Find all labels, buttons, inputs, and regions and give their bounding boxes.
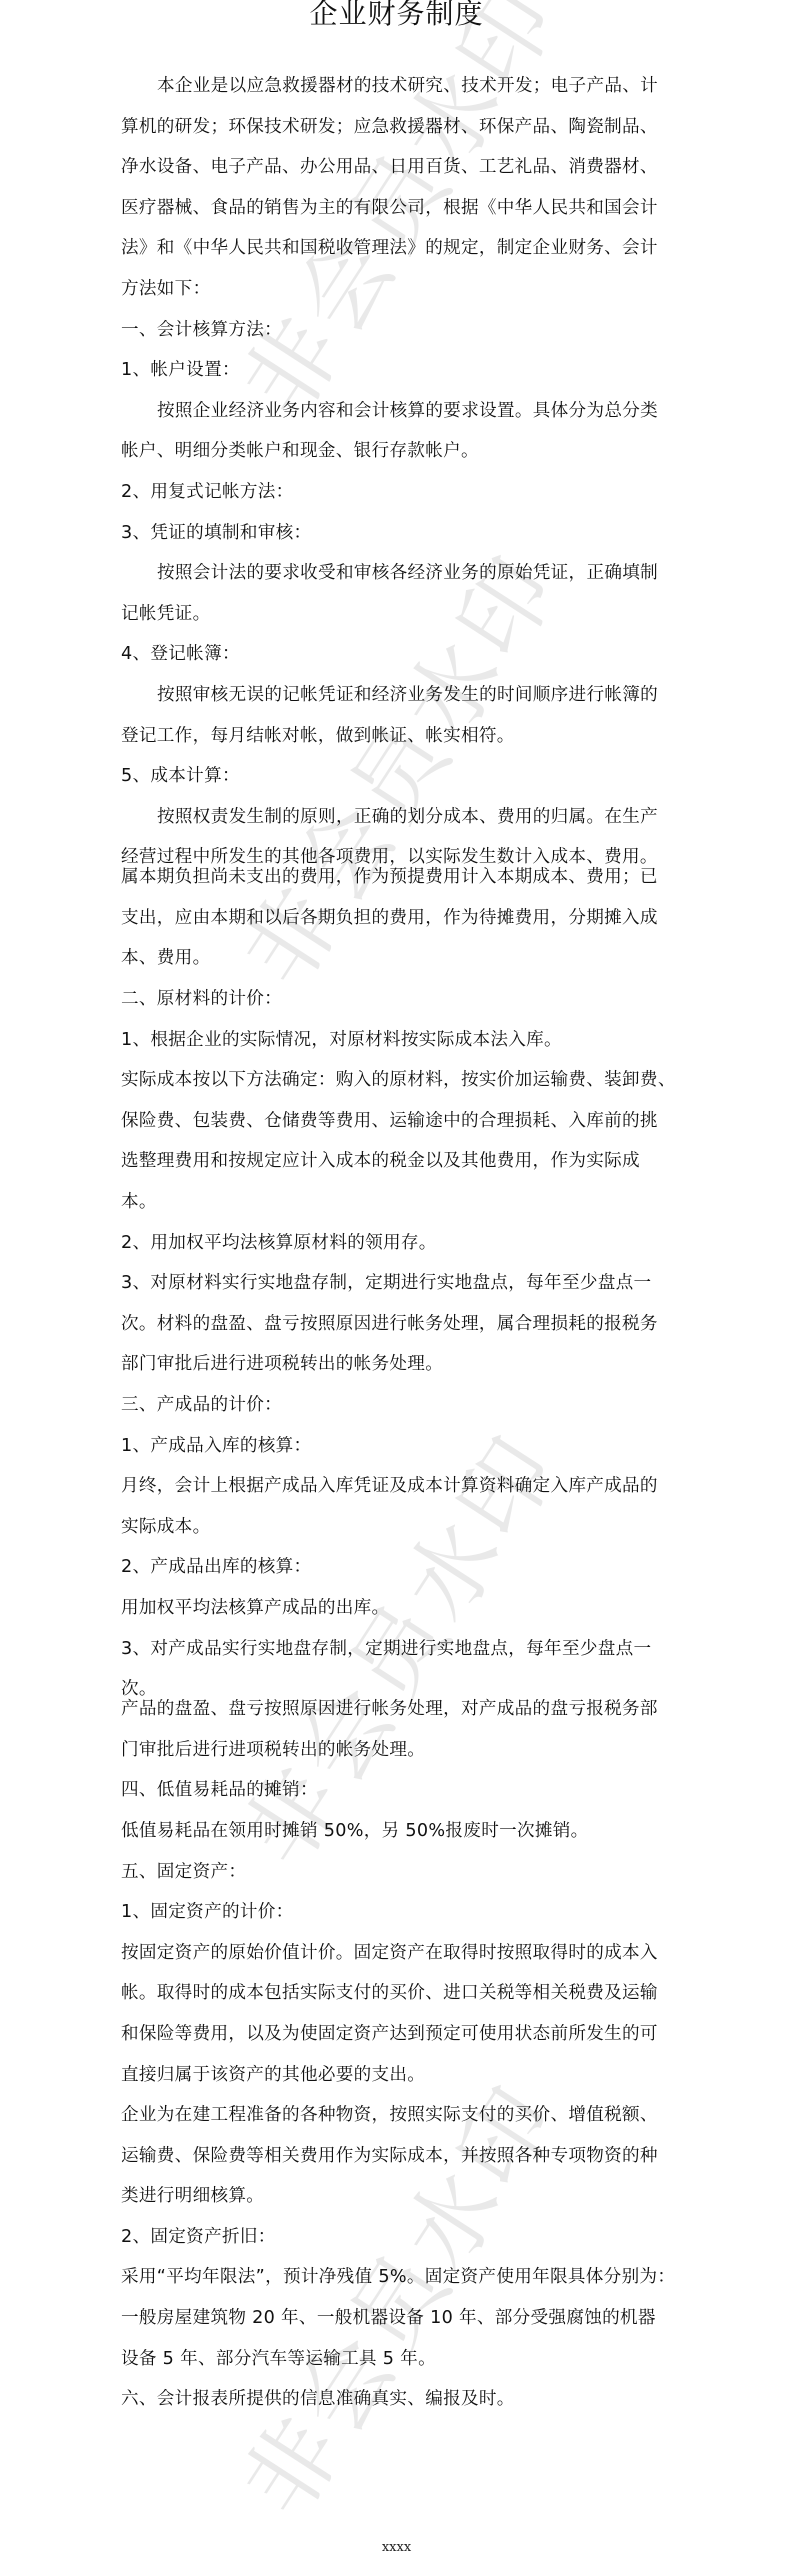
text-line: 选整理费用和按规定应计入成本的税金以及其他费用，作为实际成 (121, 1141, 673, 1182)
text-line: 次。材料的盘盈、盘亏按照原因进行帐务处理，属合理损耗的报税务 (121, 1304, 673, 1345)
text-line: 运输费、保险费等相关费用作为实际成本，并按照各种专项物资的种 (121, 2136, 673, 2177)
text-line: 医疗器械、食品的销售为主的有限公司，根据《中华人民共和国会计 (121, 188, 673, 229)
text-line: 支出，应由本期和以后各期负担的费用，作为待摊费用，分期摊入成 (121, 898, 673, 939)
text-line: 产品的盘盈、盘亏按照原因进行帐务处理，对产成品的盘亏报税务部 (121, 1689, 673, 1730)
text-line: 记帐凭证。 (121, 594, 673, 635)
text-line: 1、根据企业的实际情况，对原材料按实际成本法入库。 (121, 1020, 673, 1061)
text-line: 按照企业经济业务内容和会计核算的要求设置。具体分为总分类 (121, 391, 673, 432)
text-line: 方法如下： (121, 269, 673, 310)
text-line: 部门审批后进行进项税转出的帐务处理。 (121, 1344, 673, 1385)
text-line: 1、固定资产的计价： (121, 1892, 673, 1933)
text-line: 净水设备、电子产品、办公用品、日用百货、工艺礼品、消费器材、 (121, 147, 673, 188)
text-line: 设备 5 年、部分汽车等运输工具 5 年。 (121, 2339, 673, 2380)
text-line: 二、原材料的计价： (121, 979, 673, 1020)
text-line: 按照审核无误的记帐凭证和经济业务发生的时间顺序进行帐簿的 (121, 675, 673, 716)
text-line: 1、帐户设置： (121, 350, 673, 391)
text-line: 2、产成品出库的核算： (121, 1547, 673, 1588)
text-line: 算机的研发；环保技术研发；应急救援器材、环保产品、陶瓷制品、 (121, 107, 673, 148)
text-line: 法》和《中华人民共和国税收管理法》的规定，制定企业财务、会计 (121, 228, 673, 269)
text-line: 2、固定资产折旧： (121, 2217, 673, 2258)
text-line: 低值易耗品在领用时摊销 50%，另 50%报废时一次摊销。 (121, 1811, 673, 1852)
text-line: 用加权平均法核算产成品的出库。 (121, 1588, 673, 1629)
text-line: 4、登记帐簿： (121, 634, 673, 675)
text-line: 月终，会计上根据产成品入库凭证及成本计算资料确定入库产成品的 (121, 1466, 673, 1507)
text-line: 本。 (121, 1182, 673, 1223)
text-line: 本、费用。 (121, 938, 673, 979)
text-line: 经营过程中所发生的其他各项费用，以实际发生数计入成本、费用。 (121, 837, 673, 857)
text-line: 实际成本按以下方法确定：购入的原材料，按实价加运输费、装卸费、 (121, 1060, 673, 1101)
text-line: 帐户、明细分类帐户和现金、银行存款帐户。 (121, 431, 673, 472)
text-line: 企业为在建工程准备的各种物资，按照实际支付的买价、增值税额、 (121, 2095, 673, 2136)
text-line: 按照会计法的要求收受和审核各经济业务的原始凭证，正确填制 (121, 553, 673, 594)
text-line: 采用“平均年限法”，预计净残值 5%。固定资产使用年限具体分别为： (121, 2257, 673, 2298)
text-line: 直接归属于该资产的其他必要的支出。 (121, 2055, 673, 2096)
text-line: 3、凭证的填制和审核： (121, 513, 673, 554)
text-line: 5、成本计算： (121, 756, 673, 797)
text-line: 三、产成品的计价： (121, 1385, 673, 1426)
page-footer: xxxx (0, 2540, 793, 2555)
page-title: 企业财务制度 (0, 0, 793, 32)
text-line: 属本期负担尚未支出的费用，作为预提费用计入本期成本、费用；已 (121, 857, 673, 898)
text-line: 一、会计核算方法： (121, 310, 673, 351)
text-line: 1、产成品入库的核算： (121, 1426, 673, 1467)
text-line: 六、会计报表所提供的信息准确真实、编报及时。 (121, 2379, 673, 2420)
text-line: 登记工作，每月结帐对帐，做到帐证、帐实相符。 (121, 716, 673, 757)
document-body: 本企业是以应急救援器材的技术研究、技术开发；电子产品、计算机的研发；环保技术研发… (121, 66, 673, 2420)
text-line: 门审批后进行进项税转出的帐务处理。 (121, 1730, 673, 1771)
text-line: 按照权责发生制的原则，正确的划分成本、费用的归属。在生产 (121, 797, 673, 838)
text-line: 一般房屋建筑物 20 年、一般机器设备 10 年、部分受强腐蚀的机器 (121, 2298, 673, 2339)
document-page: 非会员水印 非会员水印 非会员水印 非会员水印 企业财务制度 本企业是以应急救援… (0, 0, 793, 2556)
text-line: 3、对原材料实行实地盘存制，定期进行实地盘点，每年至少盘点一 (121, 1263, 673, 1304)
text-line: 本企业是以应急救援器材的技术研究、技术开发；电子产品、计 (121, 66, 673, 107)
text-line: 四、低值易耗品的摊销： (121, 1770, 673, 1811)
text-line: 3、对产成品实行实地盘存制，定期进行实地盘点，每年至少盘点一 (121, 1629, 673, 1670)
text-line: 按固定资产的原始价值计价。固定资产在取得时按照取得时的成本入 (121, 1933, 673, 1974)
text-line: 实际成本。 (121, 1507, 673, 1548)
text-line: 保险费、包装费、仓储费等费用、运输途中的合理损耗、入库前的挑 (121, 1101, 673, 1142)
text-line: 2、用加权平均法核算原材料的领用存。 (121, 1223, 673, 1264)
text-line: 2、用复式记帐方法： (121, 472, 673, 513)
text-line: 次。 (121, 1669, 673, 1689)
text-line: 五、固定资产： (121, 1852, 673, 1893)
text-line: 帐。取得时的成本包括实际支付的买价、进口关税等相关税费及运输 (121, 1973, 673, 2014)
text-line: 和保险等费用，以及为使固定资产达到预定可使用状态前所发生的可 (121, 2014, 673, 2055)
text-line: 类进行明细核算。 (121, 2176, 673, 2217)
